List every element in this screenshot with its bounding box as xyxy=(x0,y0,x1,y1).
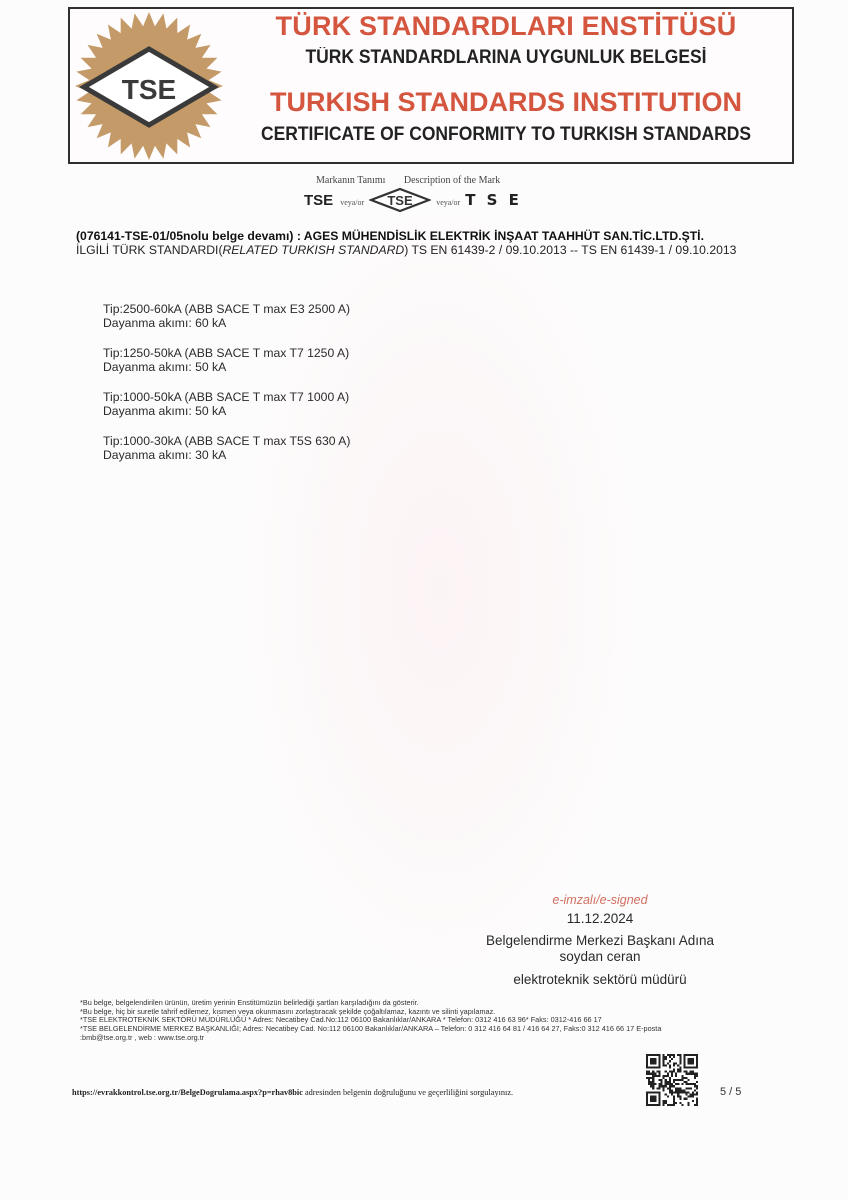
institution-name-en: TURKISH STANDARDS INSTITUTION xyxy=(230,87,782,118)
signature-block: e-imzalı/e-signed 11.12.2024 Belgelendir… xyxy=(460,893,740,987)
or-label: veya/or xyxy=(340,198,364,207)
list-item: Tip:1250-50kA (ABB SACE T max T7 1250 A)… xyxy=(103,346,351,374)
tse-seal-icon: TSE xyxy=(74,11,224,161)
verification-link[interactable]: https://evrakkontrol.tse.org.tr/BelgeDog… xyxy=(72,1088,303,1097)
certificate-title-en: CERTIFICATE OF CONFORMITY TO TURKISH STA… xyxy=(252,124,760,146)
mark-label-tr: Markanın Tanımı xyxy=(316,175,385,186)
svg-text:TSE: TSE xyxy=(388,193,414,208)
product-type: Tip:2500-60kA (ABB SACE T max E3 2500 A) xyxy=(103,302,351,316)
product-type: Tip:1250-50kA (ABB SACE T max T7 1250 A) xyxy=(103,346,351,360)
footnotes: *Bu belge, belgelendirilen ürünün, üreti… xyxy=(80,999,661,1043)
esigned-label: e-imzalı/e-signed xyxy=(460,893,740,907)
related-standard: İLGİLİ TÜRK STANDARDI(RELATED TURKISH ST… xyxy=(76,243,736,257)
page-number: 5 / 5 xyxy=(720,1086,741,1098)
withstand-current: Dayanma akımı: 50 kA xyxy=(103,404,351,418)
product-type: Tip:1000-30kA (ABB SACE T max T5S 630 A) xyxy=(103,434,351,448)
verification-line: https://evrakkontrol.tse.org.tr/BelgeDog… xyxy=(72,1088,513,1097)
signatory-role: elektroteknik sektörü müdürü xyxy=(460,972,740,987)
standard-prefix: İLGİLİ TÜRK STANDARDI( xyxy=(76,243,223,257)
institution-name-tr: TÜRK STANDARDLARI ENSTİTÜSÜ xyxy=(230,11,782,42)
svg-text:TSE: TSE xyxy=(122,74,176,105)
product-type: Tip:1000-50kA (ABB SACE T max T7 1000 A) xyxy=(103,390,351,404)
withstand-current: Dayanma akımı: 60 kA xyxy=(103,316,351,330)
mark-description: Markanın Tanımı Description of the Mark … xyxy=(290,175,540,215)
withstand-current: Dayanma akımı: 30 kA xyxy=(103,448,351,462)
verification-text: adresinden belgenin doğruluğunu ve geçer… xyxy=(303,1088,513,1097)
footnote: :bmb@tse.org.tr , web : www.tse.org.tr xyxy=(80,1034,661,1043)
mark-plain: TSE xyxy=(304,192,333,209)
mark-block: T S E xyxy=(465,191,522,209)
certificate-title-tr: TÜRK STANDARDLARINA UYGUNLUK BELGESİ xyxy=(252,47,760,69)
standard-values: ) TS EN 61439-2 / 09.10.2013 -- TS EN 61… xyxy=(404,243,736,257)
qr-code-icon[interactable] xyxy=(646,1054,698,1106)
signature-date: 11.12.2024 xyxy=(460,911,740,926)
list-item: Tip:2500-60kA (ABB SACE T max E3 2500 A)… xyxy=(103,302,351,330)
signatory-on-behalf: Belgelendirme Merkezi Başkanı Adına xyxy=(460,933,740,948)
tse-diamond-mark-icon: TSE xyxy=(369,188,431,212)
or-label-2: veya/or xyxy=(436,198,460,207)
certificate-header: TSE TÜRK STANDARDLARI ENSTİTÜSÜ TÜRK STA… xyxy=(68,7,794,164)
product-list: Tip:2500-60kA (ABB SACE T max E3 2500 A)… xyxy=(103,302,351,478)
mark-label-en: Description of the Mark xyxy=(404,175,500,186)
signatory-name: soydan ceran xyxy=(460,949,740,964)
list-item: Tip:1000-50kA (ABB SACE T max T7 1000 A)… xyxy=(103,390,351,418)
standard-label-en: RELATED TURKISH STANDARD xyxy=(223,243,405,257)
certificate-reference: (076141-TSE-01/05nolu belge devamı) : AG… xyxy=(76,229,704,243)
list-item: Tip:1000-30kA (ABB SACE T max T5S 630 A)… xyxy=(103,434,351,462)
withstand-current: Dayanma akımı: 50 kA xyxy=(103,360,351,374)
